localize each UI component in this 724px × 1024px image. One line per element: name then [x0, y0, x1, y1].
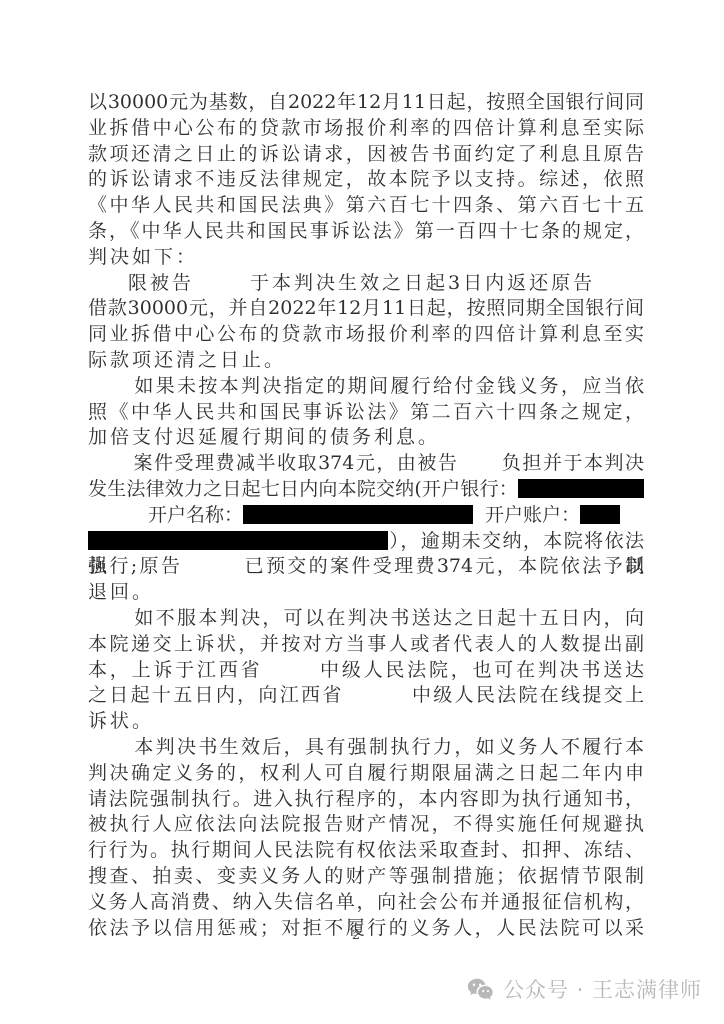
text-run: 负担并于本判决: [500, 452, 644, 474]
document-line: 开户名称：开户账户：: [88, 503, 644, 529]
text-run: 本判决书生效后，具有强制执行力，如义务人不履行本: [132, 736, 644, 758]
text-run: 中级人民法院，也可在判决书送达: [317, 659, 644, 681]
text-run: 请法院强制执行。进入执行程序的，本内容即为执行通知书，: [88, 788, 644, 810]
redaction-bar: [580, 505, 620, 524]
redacted-gap: [88, 622, 132, 624]
redacted-gap: [88, 390, 132, 392]
text-run: 之日起十五日内，向江西省: [88, 684, 344, 706]
text-run: 判决确定义务的，权利人可自履行期限届满之日起二年内申: [88, 762, 644, 784]
redaction-bar: [518, 479, 644, 498]
text-run: 加倍支付迟延履行期间的债务利息。: [88, 426, 440, 448]
text-run: 执行;原告: [88, 555, 182, 577]
document-line: 发生法律效力之日起七日内向本院交纳(开户银行：: [88, 477, 644, 503]
redaction-bar: [243, 505, 473, 524]
document-line: 款项还清之日止的诉讼请求，因被告书面约定了利息且原告: [88, 142, 644, 168]
text-run: 于本判决生效之日起3日内返还原告: [250, 272, 595, 294]
document-line: 本，上诉于江西省中级人民法院，也可在判决书送达: [88, 658, 644, 684]
document-line: 加倍支付迟延履行期间的债务利息。: [88, 425, 644, 451]
redaction-bar: [88, 531, 388, 550]
document-line: 限被告于本判决生效之日起3日内返还原告: [88, 271, 644, 297]
document-line: 照《中华人民共和国民事诉讼法》第二百六十四条之规定，: [88, 400, 644, 426]
document-line: 的诉讼请求不违反法律规定，故本院予以支持。综述，依照: [88, 167, 644, 193]
document-line: 本判决书生效后，具有强制执行力，如义务人不履行本: [88, 735, 644, 761]
text-run: 判决如下：: [88, 246, 198, 268]
text-run: 业拆借中心公布的贷款市场报价利率的四倍计算利息至实际: [88, 117, 644, 139]
text-run: 行行为。执行期间人民法院有权依法采取查封、扣押、冻结、: [88, 839, 644, 861]
document-line: 诉状。: [88, 709, 644, 735]
document-line: 行行为。执行期间人民法院有权依法采取查封、扣押、冻结、: [88, 838, 644, 864]
redacted-gap: [88, 467, 132, 469]
document-line: 退回。: [88, 580, 644, 606]
text-run: 发生法律效力之日起七日内向本院交纳(开户银行：: [88, 478, 518, 500]
document-line: 判决如下：: [88, 245, 644, 271]
redacted-gap: [88, 287, 128, 289]
document-line: 借款30000元，并自2022年12月11日起，按照同期全国银行间: [88, 296, 644, 322]
text-run: 限被告: [128, 272, 194, 294]
text-run: 条，《中华人民共和国民事诉讼法》第一百四十七条的规定，: [88, 220, 644, 242]
text-run: 被执行人应依法向法院报告财产情况，不得实施任何规避执: [88, 813, 644, 835]
judgment-body: 以30000元为基数，自2022年12月11日起，按照全国银行间同业拆借中心公布…: [88, 90, 644, 941]
page-number: 2: [344, 928, 368, 943]
redacted-gap: [194, 287, 250, 289]
document-line: 本院递交上诉状，并按对方当事人或者代表人的人数提出副: [88, 632, 644, 658]
document-line: 案件受理费减半收取374元，由被告负担并于本判决: [88, 451, 644, 477]
document-line: 业拆借中心公布的贷款市场报价利率的四倍计算利息至实际: [88, 116, 644, 142]
text-run: 际款项还清之日止。: [88, 349, 286, 371]
redacted-gap: [88, 751, 132, 753]
text-run: 案件受理费减半收取374元，由被告: [132, 452, 458, 474]
text-run: 开户名称：: [148, 504, 243, 526]
text-run: 退回。: [88, 581, 154, 603]
redacted-gap: [473, 519, 485, 521]
wechat-icon: [467, 978, 494, 1001]
redacted-gap: [458, 467, 500, 469]
text-run: 开户账户：: [485, 504, 580, 526]
document-line: 条，《中华人民共和国民事诉讼法》第一百四十七条的规定，: [88, 219, 644, 245]
text-run: 照《中华人民共和国民事诉讼法》第二百六十四条之规定，: [88, 401, 644, 423]
text-run: 借款30000元，并自2022年12月11日起，按照同期全国银行间: [88, 297, 644, 319]
text-run: 款项还清之日止的诉讼请求，因被告书面约定了利息且原告: [88, 143, 644, 165]
text-run: 搜查、拍卖、变卖义务人的财产等强制措施；依据情节限制: [88, 865, 644, 887]
text-run: 中级人民法院在线提交上: [410, 684, 644, 706]
watermark: 公众号 · 王志满律师: [467, 974, 702, 1004]
document-line: 同业拆借中心公布的贷款市场报价利率的四倍计算利息至实: [88, 322, 644, 348]
text-run: 如果未按本判决指定的期间履行给付金钱义务，应当依: [132, 375, 644, 397]
redacted-gap: [262, 674, 317, 676]
document-line: 之日起十五日内，向江西省中级人民法院在线提交上: [88, 683, 644, 709]
text-run: 义务人高消费、纳入失信名单，向社会公布并通报征信机构，: [88, 891, 644, 913]
redacted-gap: [88, 519, 148, 521]
document-line: 被执行人应依法向法院报告财产情况，不得实施任何规避执: [88, 812, 644, 838]
text-run: 的诉讼请求不违反法律规定，故本院予以支持。综述，依照: [88, 168, 644, 190]
text-run: 同业拆借中心公布的贷款市场报价利率的四倍计算利息至实: [88, 323, 644, 345]
text-run: 诉状。: [88, 710, 154, 732]
text-run: 以30000元为基数，自2022年12月11日起，按照全国银行间同: [88, 91, 644, 113]
text-run: 如不服本判决，可以在判决书送达之日起十五日内，向: [132, 607, 644, 629]
text-run: 《中华人民共和国民法典》第六百七十四条、第六百七十五: [88, 194, 644, 216]
document-line: 执行;原告已预交的案件受理费374元，本院依法予以: [88, 554, 644, 580]
document-line: 如果未按本判决指定的期间履行给付金钱义务，应当依: [88, 374, 644, 400]
document-line: 义务人高消费、纳入失信名单，向社会公布并通报征信机构，: [88, 890, 644, 916]
document-line: 《中华人民共和国民法典》第六百七十四条、第六百七十五: [88, 193, 644, 219]
watermark-label: 公众号 · 王志满律师: [503, 974, 702, 1004]
document-line: 判决确定义务的，权利人可自履行期限届满之日起二年内申: [88, 761, 644, 787]
document-line: 如不服本判决，可以在判决书送达之日起十五日内，向: [88, 606, 644, 632]
redacted-gap: [182, 570, 242, 572]
text-run: 已预交的案件受理费374元，本院依法予以: [242, 555, 644, 577]
judgment-page: 以30000元为基数，自2022年12月11日起，按照全国银行间同业拆借中心公布…: [0, 0, 724, 1024]
text-run: 本，上诉于江西省: [88, 659, 262, 681]
document-line: 际款项还清之日止。: [88, 348, 644, 374]
document-line: 以30000元为基数，自2022年12月11日起，按照全国银行间同: [88, 90, 644, 116]
document-line: 搜查、拍卖、变卖义务人的财产等强制措施；依据情节限制: [88, 864, 644, 890]
document-line: 请法院强制执行。进入执行程序的，本内容即为执行通知书，: [88, 787, 644, 813]
text-run: 本院递交上诉状，并按对方当事人或者代表人的人数提出副: [88, 633, 644, 655]
redacted-gap: [344, 699, 410, 701]
document-line: ），逾期未交纳，本院将依法强制: [88, 529, 644, 555]
